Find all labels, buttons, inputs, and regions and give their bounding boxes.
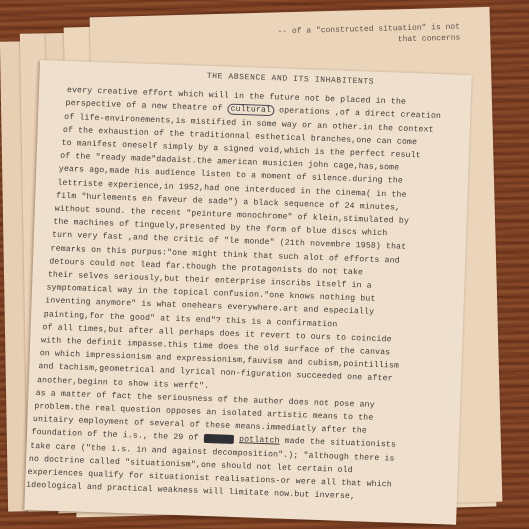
crossed-out-word: xxxxxx [203,434,234,444]
underlined-word: potlatch [239,436,280,446]
document-lines: every creative effort which will in the … [53,84,453,507]
under-page-text: -- of a "constructed situation" is not t… [277,22,460,49]
typewritten-page: THE ABSENCE AND ITS INHABITENTS every cr… [24,60,471,525]
document-body: THE ABSENCE AND ITS INHABITENTS every cr… [53,61,454,507]
under-page-line: that concerns [398,34,461,45]
circled-word: cultural [227,104,274,117]
